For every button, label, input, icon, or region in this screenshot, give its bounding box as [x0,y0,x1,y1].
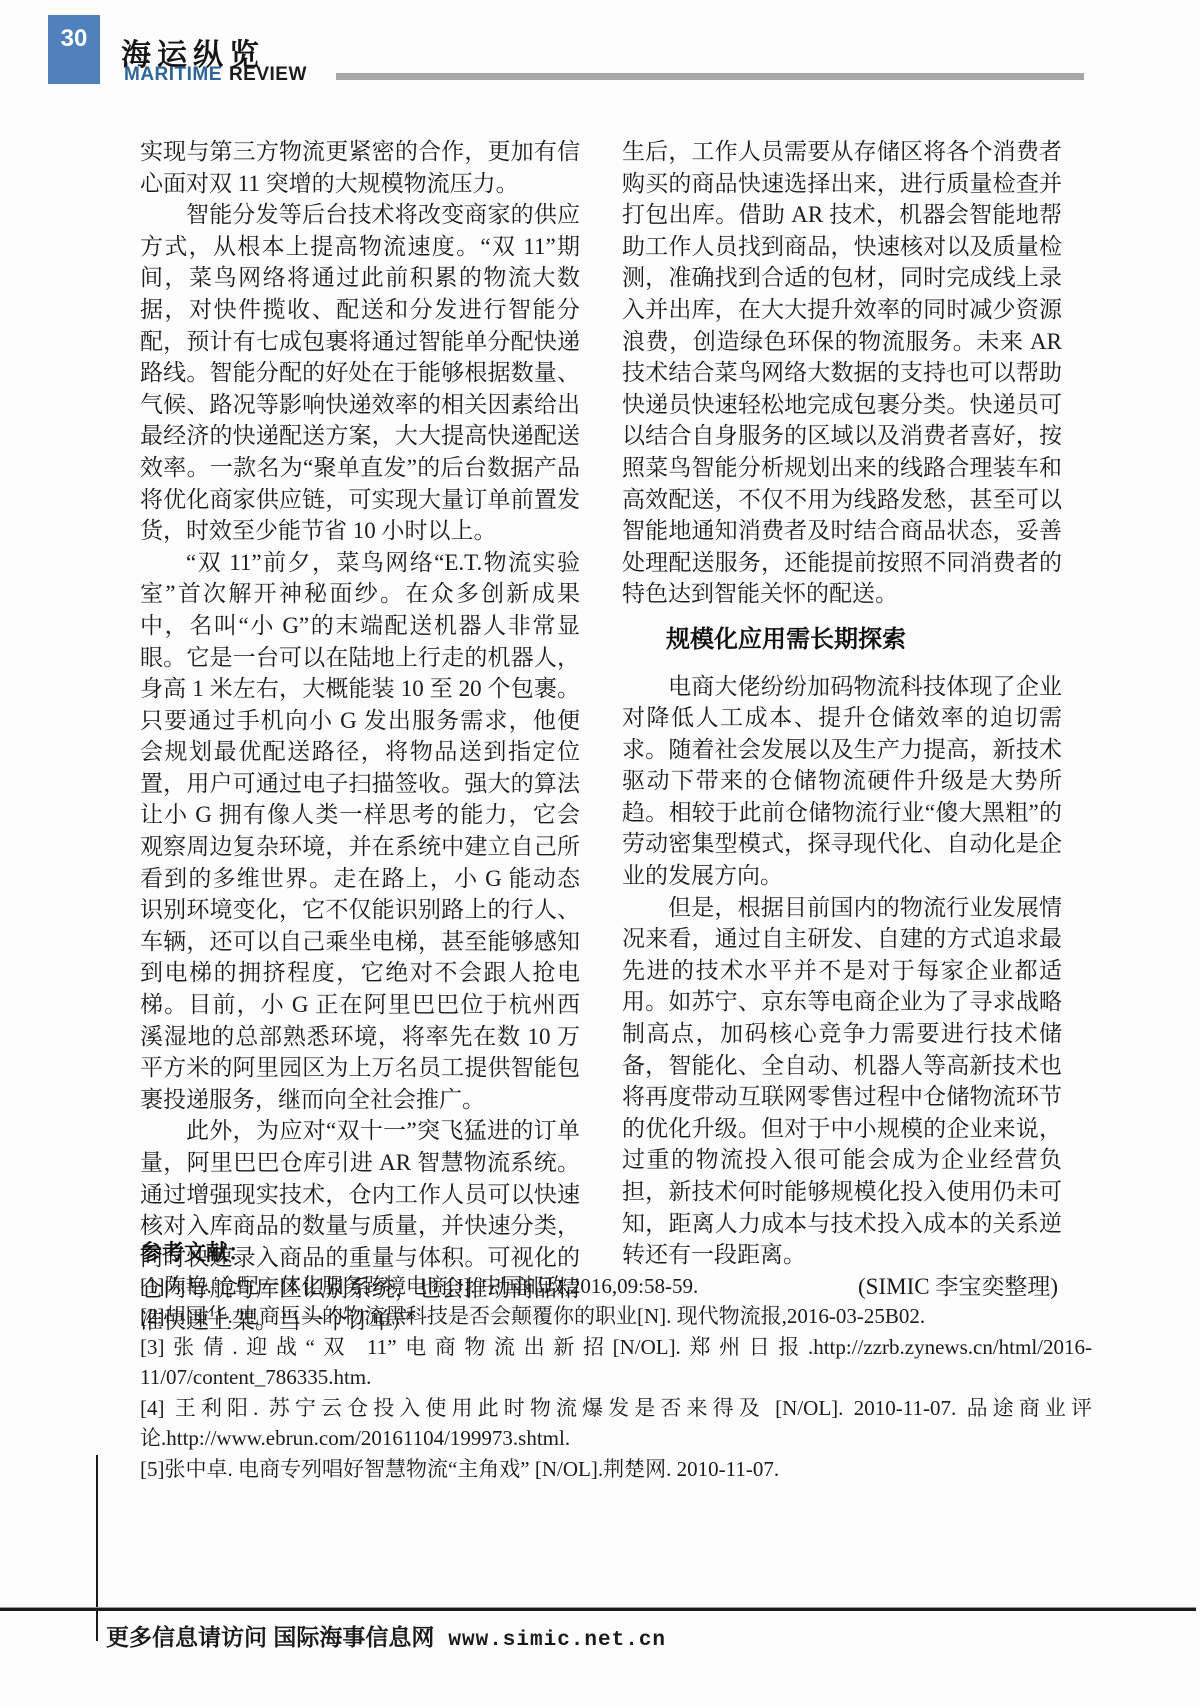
left-column: 实现与第三方物流更紧密的合作，更加有信心面对双 11 突增的大规模物流压力。 智… [140,136,580,1337]
paragraph: 电商大佬纷纷加码物流科技体现了企业对降低人工成本、提升仓储效率的迫切需求。随着社… [622,671,1062,892]
magazine-page: 30 海运纵览 MARITIMEREVIEW 实现与第三方物流更紧密的合作，更加… [0,0,1200,1707]
page-number-badge: 30 [48,15,100,84]
reference-item: [2]胡国华. 电商巨头的物流黑科技是否会颠覆你的职业[N]. 现代物流报,20… [140,1301,1092,1332]
footer-horizontal-rule [0,1607,1196,1611]
reference-item: [4] 王利阳. 苏宁云仓投入使用此时物流爆发是否来得及 [N/OL]. 201… [140,1393,1092,1454]
title-en-review: REVIEW [229,64,307,85]
paragraph: 智能分发等后台技术将改变商家的供应方式，从根本上提高物流速度。“双 11”期间，… [140,199,580,547]
paragraph: 实现与第三方物流更紧密的合作，更加有信心面对双 11 突增的大规模物流压力。 [140,136,580,199]
article-body: 实现与第三方物流更紧密的合作，更加有信心面对双 11 突增的大规模物流压力。 智… [140,136,1062,1337]
reference-item: [1]陈艳. 仓配一体化服务跨境电商[J]. 中国邮政,2016,09:58-5… [140,1271,1092,1302]
paragraph: “双 11”前夕，菜鸟网络“E.T.物流实验室”首次解开神秘面纱。在众多创新成果… [140,547,580,1116]
reference-item: [5]张中卓. 电商专列唱好智慧物流“主角戏” [N/OL].荆楚网. 2010… [140,1454,1092,1485]
section-heading: 规模化应用需长期探索 [666,624,1062,656]
reference-item: [3]张倩.迎战“双 11”电商物流出新招[N/OL].郑州日报.http://… [140,1332,1092,1393]
section-title-english: MARITIMEREVIEW [124,64,307,86]
paragraph: 生后，工作人员需要从存储区将各个消费者购买的商品快速选择出来，进行质量检查并打包… [622,136,1062,610]
references-section: 参考文献： [1]陈艳. 仓配一体化服务跨境电商[J]. 中国邮政,2016,0… [140,1238,1092,1484]
header-rule [336,73,1084,80]
footer: 更多信息请访问 国际海事信息网www.simic.net.cn [106,1619,666,1652]
footer-vertical-rule [96,1455,98,1641]
references-title: 参考文献： [140,1238,1092,1269]
paragraph: 但是，根据目前国内的物流行业发展情况来看，通过自主研发、自建的方式追求最先进的技… [622,892,1062,1271]
footer-site-url: www.simic.net.cn [448,1629,666,1652]
right-column: 生后，工作人员需要从存储区将各个消费者购买的商品快速选择出来，进行质量检查并打包… [622,136,1062,1337]
page-number: 30 [61,25,88,52]
title-en-maritime: MARITIME [124,64,222,85]
footer-site-label: 更多信息请访问 国际海事信息网 [106,1624,434,1650]
